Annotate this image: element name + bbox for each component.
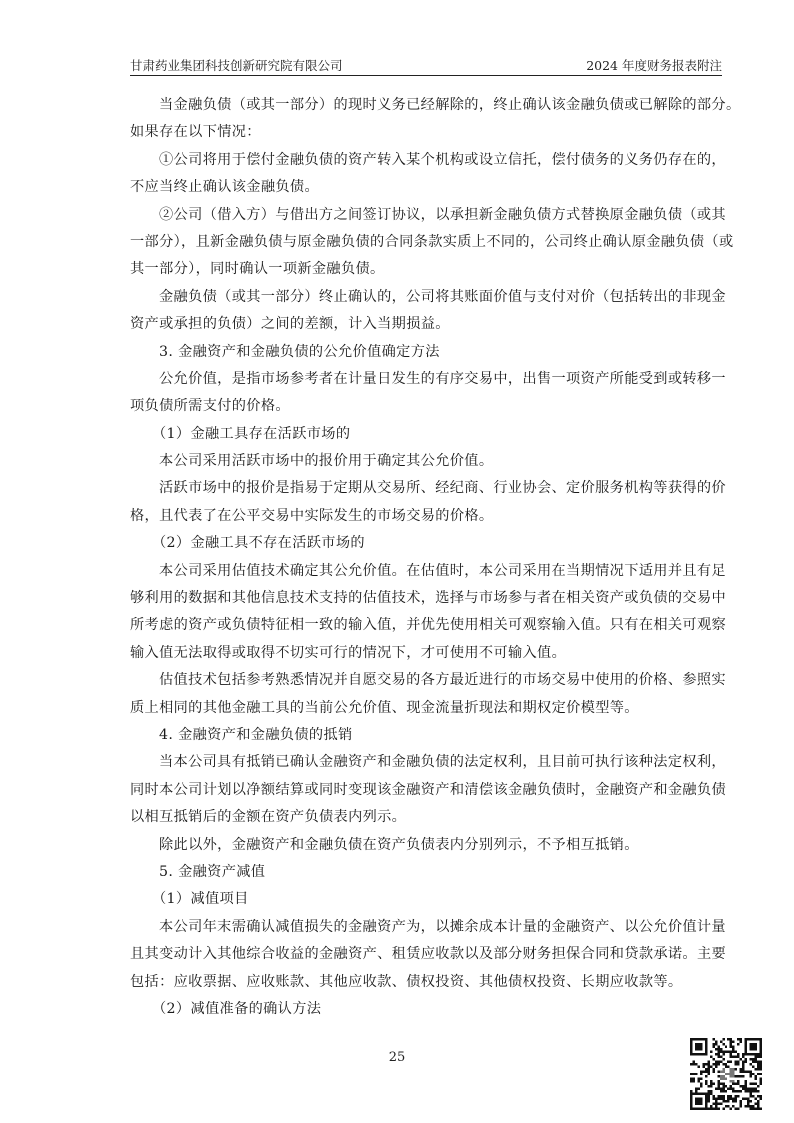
qr-code-icon (690, 1038, 762, 1110)
text-line: 同时本公司计划以净额结算或同时变现该金融资产和清偿该金融负债时，金融资产和金融负… (130, 777, 722, 804)
text-line: 3. 金融资产和金融负债的公允价值确定方法 (130, 339, 722, 366)
text-line: 本公司采用活跃市场中的报价用于确定其公允价值。 (130, 448, 722, 475)
text-line: 如果存在以下情况： (130, 119, 722, 146)
header-report-title: 2024 年度财务报表附注 (586, 56, 722, 74)
page-header: 甘肃药业集团科技创新研究院有限公司 2024 年度财务报表附注 (130, 52, 722, 74)
text-line: ②公司（借入方）与借出方之间签订协议，以承担新金融负债方式替换原金融负债（或其 (130, 202, 722, 229)
text-line: 且其变动计入其他综合收益的金融资产、租赁应收款以及部分财务担保合同和贷款承诺。主… (130, 941, 722, 968)
text-line: 够利用的数据和其他信息技术支持的估值技术，选择与市场参与者在相关资产或负债的交易… (130, 585, 722, 612)
text-line: 资产或承担的负债）之间的差额，计入当期损益。 (130, 311, 722, 338)
text-line: 包括：应收票据、应收账款、其他应收款、债权投资、其他债权投资、长期应收款等。 (130, 969, 722, 996)
text-line: 项负债所需支付的价格。 (130, 393, 722, 420)
text-line: 当金融负债（或其一部分）的现时义务已经解除的，终止确认该金融负债或已解除的部分。 (130, 92, 722, 119)
document-body: 当金融负债（或其一部分）的现时义务已经解除的，终止确认该金融负债或已解除的部分。… (130, 92, 722, 1023)
text-line: 本公司采用估值技术确定其公允价值。在估值时，本公司采用在当期情况下适用并且有足 (130, 558, 722, 585)
text-line: 公允价值，是指市场参考者在计量日发生的有序交易中，出售一项资产所能受到或转移一 (130, 366, 722, 393)
text-line: 4. 金融资产和金融负债的抵销 (130, 722, 722, 749)
page-number: 25 (0, 1050, 794, 1065)
text-line: 以相互抵销后的金额在资产负债表内列示。 (130, 804, 722, 831)
text-line: 输入值无法取得或取得不切实可行的情况下，才可使用不可输入值。 (130, 640, 722, 667)
text-line: 所考虑的资产或负债特征相一致的输入值，并优先使用相关可观察输入值。只有在相关可观… (130, 612, 722, 639)
text-line: 估值技术包括参考熟悉情况并自愿交易的各方最近进行的市场交易中使用的价格、参照实 (130, 667, 722, 694)
text-line: 不应当终止确认该金融负债。 (130, 174, 722, 201)
text-line: 金融负债（或其一部分）终止确认的，公司将其账面价值与支付对价（包括转出的非现金 (130, 284, 722, 311)
text-line: （1）减值项目 (130, 886, 722, 913)
text-line: 5. 金融资产减值 (130, 859, 722, 886)
text-line: （2）减值准备的确认方法 (130, 996, 722, 1023)
text-line: （2）金融工具不存在活跃市场的 (130, 530, 722, 557)
text-line: 格，且代表了在公平交易中实际发生的市场交易的价格。 (130, 503, 722, 530)
header-company-name: 甘肃药业集团科技创新研究院有限公司 (130, 56, 343, 74)
text-line: （1）金融工具存在活跃市场的 (130, 421, 722, 448)
text-line: 质上相同的其他金融工具的当前公允价值、现金流量折现法和期权定价模型等。 (130, 695, 722, 722)
text-line: 除此以外，金融资产和金融负债在资产负债表内分别列示，不予相互抵销。 (130, 832, 722, 859)
text-line: ①公司将用于偿付金融负债的资产转入某个机构或设立信托，偿付债务的义务仍存在的， (130, 147, 722, 174)
text-line: 其一部分），同时确认一项新金融负债。 (130, 256, 722, 283)
text-line: 本公司年末需确认减值损失的金融资产为，以摊余成本计量的金融资产、以公允价值计量 (130, 914, 722, 941)
text-line: 活跃市场中的报价是指易于定期从交易所、经纪商、行业协会、定价服务机构等获得的价 (130, 475, 722, 502)
text-line: 一部分），且新金融负债与原金融负债的合同条款实质上不同的，公司终止确认原金融负债… (130, 229, 722, 256)
header-divider (130, 75, 722, 76)
text-line: 当本公司具有抵销已确认金融资产和金融负债的法定权利，且目前可执行该种法定权利， (130, 749, 722, 776)
